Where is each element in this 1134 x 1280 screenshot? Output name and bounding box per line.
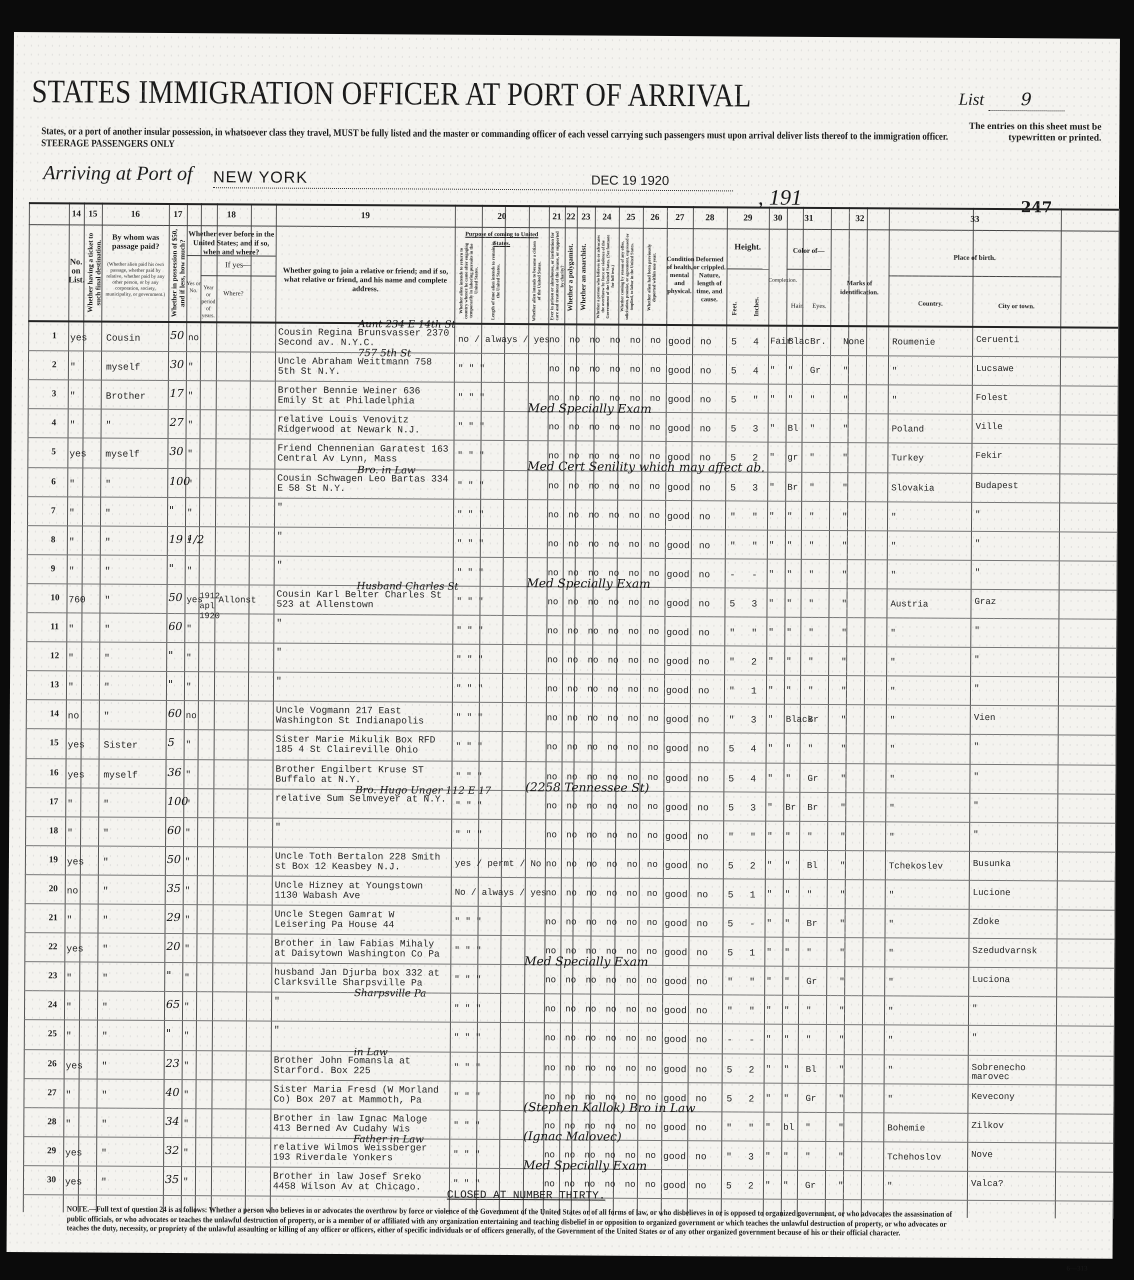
height-inches-value: 3 (753, 424, 759, 435)
passage-paid-value: " (104, 624, 110, 635)
hair-value: " (784, 948, 789, 958)
passage-paid-value: " (105, 507, 111, 518)
before-us-value: " (187, 508, 192, 518)
passage-paid-value: " (103, 798, 109, 809)
ticket-value: no (68, 711, 79, 722)
country-value: " (890, 745, 895, 755)
passage-paid-value: " (104, 682, 110, 693)
column-divider (23, 202, 30, 1212)
row-rule (26, 699, 1116, 707)
marks-value: " (838, 1123, 843, 1133)
height-feet-value: 5 (727, 1064, 733, 1075)
ticket-value: " (67, 827, 73, 838)
manifest-sheet: STATES IMMIGRATION OFFICER AT PORT OF AR… (7, 32, 1120, 1259)
hair-value: " (787, 570, 792, 580)
marks-value: " (842, 512, 847, 522)
country-value: " (890, 687, 895, 697)
questions-21-26-value: no no no no no no (546, 859, 658, 870)
complexion-value: " (766, 1035, 771, 1045)
column-divider (211, 203, 218, 1213)
row-number: 22 (48, 941, 57, 951)
column-divider (499, 205, 506, 1215)
header-money: Whether in possession of $50, and if les… (170, 229, 187, 317)
money-value: " (168, 649, 173, 662)
complexion-value: " (765, 1093, 770, 1103)
questions-21-26-value: no no no no no no (545, 1063, 657, 1074)
purpose-value: " " " (456, 713, 483, 723)
complexion-value: " (766, 948, 771, 958)
relative-address-value: " (275, 822, 451, 833)
before-us-value: " (187, 566, 192, 576)
eyes-value: " (810, 424, 815, 434)
relative-address-value: Friend Chennenian Garatest 163 Central A… (277, 444, 453, 465)
hair-value: " (785, 890, 790, 900)
marks-value: " (843, 424, 848, 434)
complexion-value: " (765, 1122, 770, 1132)
money-value: " (166, 969, 171, 982)
column-number-31: 31 (787, 213, 831, 223)
ticket-value: no (67, 885, 78, 896)
date-stamp: DEC 19 1920 (591, 173, 669, 188)
questions-21-26-value: no no no no no no (547, 597, 659, 608)
marks-value: " (841, 628, 846, 638)
questions-21-26-value: no no no no no no (547, 714, 659, 725)
column-divider (861, 207, 868, 1217)
eyes-value: Br (808, 715, 819, 725)
complexion-value: " (766, 977, 771, 987)
row-number: 1 (52, 330, 57, 340)
passage-paid-value: " (102, 1060, 108, 1071)
row-rule (24, 1078, 1114, 1086)
questions-21-26-value: no no no no no no (545, 975, 657, 986)
height-feet-value: 5 (728, 773, 734, 784)
row-rule (26, 758, 1116, 766)
city-value: Busunka (973, 860, 1057, 870)
list-number-field: List 9 (959, 90, 1065, 112)
height-feet-value: " (730, 540, 736, 551)
questions-21-26-value: no no no no no no (547, 655, 659, 666)
money-value: 17 (170, 387, 184, 400)
relative-address-value: Uncle Hizney at Youngstown 1130 Wabash A… (275, 880, 451, 901)
height-feet-value: " (728, 831, 734, 842)
purpose-value: " " " (454, 1062, 481, 1072)
relative-handwritten-note: Sharpsville Pa (354, 988, 426, 999)
header-eyes: Eyes. (808, 302, 830, 311)
purpose-value: " " " (456, 684, 483, 694)
health-value: good (666, 656, 689, 667)
eyes-value: Bl (806, 1064, 817, 1074)
list-label: List (959, 90, 985, 109)
ticket-value: yes (67, 856, 84, 867)
country-value: " (888, 978, 893, 988)
relative-address-value: Uncle Abraham Weittmann 758 5th St N.Y. (278, 357, 454, 378)
header-length-of-stay: Length of time alien intends to remain i… (490, 241, 500, 321)
country-value: " (890, 628, 895, 638)
column-number-25: 25 (619, 212, 643, 222)
ticket-value: " (66, 1031, 72, 1042)
marks-value: " (841, 744, 846, 754)
ticket-value: " (66, 1002, 72, 1013)
eyes-value: Gr (807, 773, 818, 783)
marks-value: " (839, 1035, 844, 1045)
complexion-value: " (769, 569, 774, 579)
row-number: 29 (47, 1145, 56, 1155)
marks-value: " (841, 686, 846, 696)
eyes-value: " (807, 890, 812, 900)
height-inches-value: 3 (752, 482, 758, 493)
city-value: Zdoke (973, 918, 1057, 928)
medical-handwritten-note: (Ignac Malovec) (523, 1129, 621, 1144)
column-number-19: 19 (276, 210, 455, 221)
complexion-value: " (767, 890, 772, 900)
money-value: 20 (166, 940, 180, 953)
purpose-value: " " " (453, 1120, 480, 1130)
ticket-value: " (67, 798, 73, 809)
questions-21-26-value: no no no no no no (549, 335, 661, 346)
complexion-value: " (765, 1180, 770, 1190)
height-feet-value: 5 (727, 947, 733, 958)
eyes-value: " (809, 482, 814, 492)
hair-value: Bl (788, 424, 799, 434)
before-us-value: " (185, 886, 190, 896)
hair-value: " (783, 1093, 788, 1103)
row-number: 30 (47, 1174, 56, 1184)
deformed-value: no (697, 831, 708, 842)
ticket-value: " (68, 652, 74, 663)
height-feet-value: 5 (726, 1180, 732, 1191)
city-value: Zilkov (971, 1122, 1055, 1132)
height-feet-value: 5 (728, 889, 734, 900)
city-value: Valca? (971, 1180, 1055, 1190)
deformed-value: no (698, 627, 709, 638)
questions-21-26-value: no no no no no no (547, 684, 659, 695)
complexion-value: " (768, 744, 773, 754)
row-number: 27 (47, 1087, 56, 1097)
passage-paid-value: " (103, 915, 109, 926)
eyes-value: Gr (805, 1181, 816, 1191)
medical-handwritten-note: Med Specially Exam (523, 1158, 647, 1173)
height-feet-value: 5 (730, 482, 736, 493)
relative-address-value: Brother John Fomansla at Starford. Box 2… (274, 1055, 450, 1076)
passage-paid-value: " (103, 885, 109, 896)
deformed-value: no (700, 394, 711, 405)
eyes-value: Gr (805, 1093, 816, 1103)
relative-address-value: Cousin Schwagen Leo Bartas 334 E 58 St N… (277, 473, 453, 494)
column-divider (797, 207, 804, 1217)
purpose-value: " " " (453, 1091, 480, 1101)
money-value: 65 (166, 998, 180, 1011)
city-value: Lucsawe (976, 365, 1060, 375)
relative-handwritten-note: Father in Law (353, 1134, 424, 1145)
passage-paid-value: " (102, 944, 108, 955)
hair-value: " (787, 511, 792, 521)
money-value: 60 (167, 824, 181, 837)
relative-handwritten-note: in Law (354, 1047, 388, 1058)
passage-paid-value: " (101, 1089, 107, 1100)
passage-paid-value: " (103, 827, 109, 838)
column-number-16: 16 (102, 209, 169, 219)
city-value: " (975, 540, 1059, 550)
height-inches-value: - (750, 919, 756, 930)
before-us-value: " (184, 1061, 189, 1071)
city-value: " (972, 1005, 1056, 1015)
country-value: " (889, 803, 894, 813)
row-number: 21 (49, 912, 58, 922)
row-rule (26, 728, 1116, 736)
where-value: Allonst (219, 595, 257, 605)
city-value: Szedudvarnsk (972, 947, 1056, 957)
passage-paid-value: " (104, 594, 110, 605)
height-feet-value: " (726, 1122, 732, 1133)
passage-paid-value: " (104, 711, 110, 722)
ticket-value: yes (66, 943, 83, 954)
marks-value: " (842, 570, 847, 580)
hair-value: " (787, 540, 792, 550)
health-value: good (664, 976, 687, 987)
marks-value: " (838, 1152, 843, 1162)
eyes-value: " (808, 744, 813, 754)
height-feet-value: 5 (728, 802, 734, 813)
country-value: " (887, 1181, 892, 1191)
row-number: 7 (51, 505, 56, 515)
complexion-value: " (768, 686, 773, 696)
column-divider (195, 203, 202, 1213)
questions-21-26-value: no no no no no no (548, 539, 660, 550)
health-value: good (667, 481, 690, 492)
country-value: " (889, 832, 894, 842)
marks-value: " (838, 1094, 843, 1104)
hair-value: bl (783, 1122, 794, 1132)
complexion-value: " (769, 453, 774, 463)
height-inches-value: " (750, 831, 756, 842)
country-value: " (892, 396, 897, 406)
height-inches-value: 2 (749, 1064, 755, 1075)
deformed-value: no (698, 744, 709, 755)
city-value: " (974, 627, 1058, 637)
header-health: Condition of health, mental and physical… (666, 256, 692, 296)
money-value: 23 (166, 1056, 180, 1069)
before-us-value: " (188, 391, 193, 401)
deformed-value: no (698, 598, 709, 609)
purpose-value: " " " (458, 393, 485, 403)
health-value: good (667, 569, 690, 580)
passage-paid-value: " (101, 1147, 107, 1158)
height-feet-value: 5 (726, 1093, 732, 1104)
country-value: " (889, 890, 894, 900)
ticket-value: " (70, 391, 76, 402)
money-value: 60 (168, 707, 182, 720)
city-value: " (974, 656, 1058, 666)
deformed-value: no (700, 336, 711, 347)
before-us-value: " (183, 1148, 188, 1158)
country-value: " (888, 1065, 893, 1075)
questions-21-26-value: no no no no no no (546, 917, 658, 928)
money-value: 30 (170, 358, 184, 371)
hair-value: " (785, 773, 790, 783)
relative-address-value: " (276, 648, 452, 659)
purpose-value: " " " (457, 509, 484, 519)
header-height: Height. (727, 242, 769, 251)
relative-address-value: Brother in law Ignac Maloge 413 Berned A… (273, 1113, 449, 1134)
ticket-value: " (70, 361, 76, 372)
questions-21-26-value: no no no no no no (546, 888, 658, 899)
column-number-26: 26 (643, 212, 667, 222)
health-value: good (664, 947, 687, 958)
height-inches-value: 2 (750, 860, 756, 871)
before-us-value: " (187, 537, 192, 547)
relative-address-value: " (276, 619, 452, 630)
header-33-rule (889, 275, 1061, 277)
health-value: good (665, 772, 688, 783)
header-year: Year or period of years. (200, 285, 216, 320)
height-inches-value: " (751, 628, 757, 639)
height-feet-value: " (730, 511, 736, 522)
health-value: good (664, 1034, 687, 1045)
eyes-value: " (806, 1035, 811, 1045)
column-number-14: 14 (69, 208, 84, 218)
row-number: 6 (51, 476, 56, 486)
city-value: Kevecony (971, 1092, 1055, 1102)
relative-address-value: " (277, 560, 453, 571)
row-number: 9 (51, 563, 56, 573)
header-anarchist: Whether an anarchist. (579, 235, 588, 319)
passage-paid-value: myself (106, 362, 140, 373)
money-value: " (169, 504, 174, 517)
country-value: Poland (892, 425, 924, 435)
relative-address-value: Brother in law Fabias Mihaly at Daisytow… (274, 939, 450, 960)
row-rule (25, 845, 1115, 853)
hair-value: Br (785, 802, 796, 812)
medical-handwritten-note: Med Specially Exam (524, 954, 648, 969)
complexion-value: " (766, 1006, 771, 1016)
marks-value: " (841, 715, 846, 725)
eyes-value: Gr (806, 977, 817, 987)
eyes-value: " (809, 511, 814, 521)
header-prison: Ever in prison or almshouse, or institut… (549, 231, 565, 321)
money-value: 60 (168, 620, 182, 633)
eyes-value: " (808, 628, 813, 638)
hair-value: " (783, 1152, 788, 1162)
purpose-value: " " " (453, 1179, 480, 1189)
deformed-value: no (695, 1093, 706, 1104)
header-marks: Marks of identification. (830, 279, 888, 297)
column-divider (1055, 208, 1062, 1218)
money-value: 50 (169, 591, 183, 604)
before-us-value: " (185, 857, 190, 867)
ticket-value: " (69, 507, 75, 518)
purpose-value: " " " (455, 829, 482, 839)
eyes-value: Br (807, 802, 818, 812)
ticket-value: yes (66, 1060, 83, 1071)
header-where: Where? (216, 289, 250, 298)
city-value: " (972, 1034, 1056, 1044)
country-value: " (889, 774, 894, 784)
hair-value: " (786, 599, 791, 609)
passage-paid-value: myself (105, 449, 139, 460)
row-number: 23 (48, 970, 57, 980)
health-value: good (666, 598, 689, 609)
ticket-value: " (68, 682, 74, 693)
marks-value: " (840, 919, 845, 929)
deformed-value: no (695, 1122, 706, 1133)
hair-value: " (786, 744, 791, 754)
complexion-value: " (769, 511, 774, 521)
money-value: 5 (168, 736, 175, 749)
header-q25: Whether coming by reason of any offer, s… (620, 232, 635, 322)
before-us-value: " (188, 362, 193, 372)
year-value: 1912 apl 1920 (199, 591, 219, 621)
passage-paid-value: Brother (106, 391, 146, 402)
city-value: Vien (974, 714, 1058, 724)
row-number: 13 (50, 679, 59, 689)
marks-value: " (840, 774, 845, 784)
ticket-value: yes (69, 449, 86, 460)
row-rule (26, 670, 1116, 678)
header-31-rule (787, 269, 831, 270)
city-value: " (973, 831, 1057, 841)
before-us-value: " (186, 682, 191, 692)
health-value: good (668, 394, 691, 405)
height-inches-value: 3 (750, 802, 756, 813)
ticket-value: " (65, 1089, 71, 1100)
deformed-value: no (698, 656, 709, 667)
city-value: Lucione (973, 889, 1057, 899)
complexion-value: " (765, 1151, 770, 1161)
column-number-23: 23 (577, 211, 595, 221)
height-inches-value: " (752, 540, 758, 551)
row-number: 14 (50, 709, 59, 719)
marks-value: " (840, 861, 845, 871)
country-value: " (889, 919, 894, 929)
header-inches: Inches. (753, 293, 761, 321)
purpose-value: " " " (454, 1033, 481, 1043)
complexion-value: " (769, 482, 774, 492)
header-complexion: Complexion. (768, 277, 786, 286)
passage-paid-value: myself (103, 769, 137, 780)
passage-paid-value: " (105, 478, 111, 489)
height-inches-value: 2 (751, 657, 757, 668)
marks-value: " (839, 1006, 844, 1016)
header-join-relative: Whether going to join a relative or frie… (278, 266, 452, 294)
marks-value: " (842, 541, 847, 551)
deformed-value: no (697, 773, 708, 784)
header-before-us: Whether ever before in the United States… (187, 229, 276, 257)
complexion-value: " (768, 657, 773, 667)
city-value: Fekir (975, 452, 1059, 462)
row-rule (24, 1019, 1114, 1027)
passage-paid-value: Cousin (106, 333, 140, 344)
before-us-value: no (186, 711, 197, 721)
purpose-value: " " " (454, 975, 481, 985)
country-value: " (891, 512, 896, 522)
marks-value: " (839, 1065, 844, 1075)
passage-paid-value: " (105, 536, 111, 547)
eyes-value: " (808, 657, 813, 667)
purpose-value: no / always / yes (458, 335, 550, 346)
complexion-value: " (769, 540, 774, 550)
before-us-value: " (188, 420, 193, 430)
eyes-value: " (809, 570, 814, 580)
country-value: " (888, 1036, 893, 1046)
city-value: " (973, 772, 1057, 782)
footnote: NOTE.—Full text of question 24 is as fol… (67, 1204, 967, 1238)
marks-value: " (840, 890, 845, 900)
health-value: good (663, 1151, 686, 1162)
marks-value: " (842, 453, 847, 463)
header-if-yes: If yes— (201, 260, 276, 269)
health-value: good (665, 918, 688, 929)
city-value: Nove (971, 1151, 1055, 1161)
